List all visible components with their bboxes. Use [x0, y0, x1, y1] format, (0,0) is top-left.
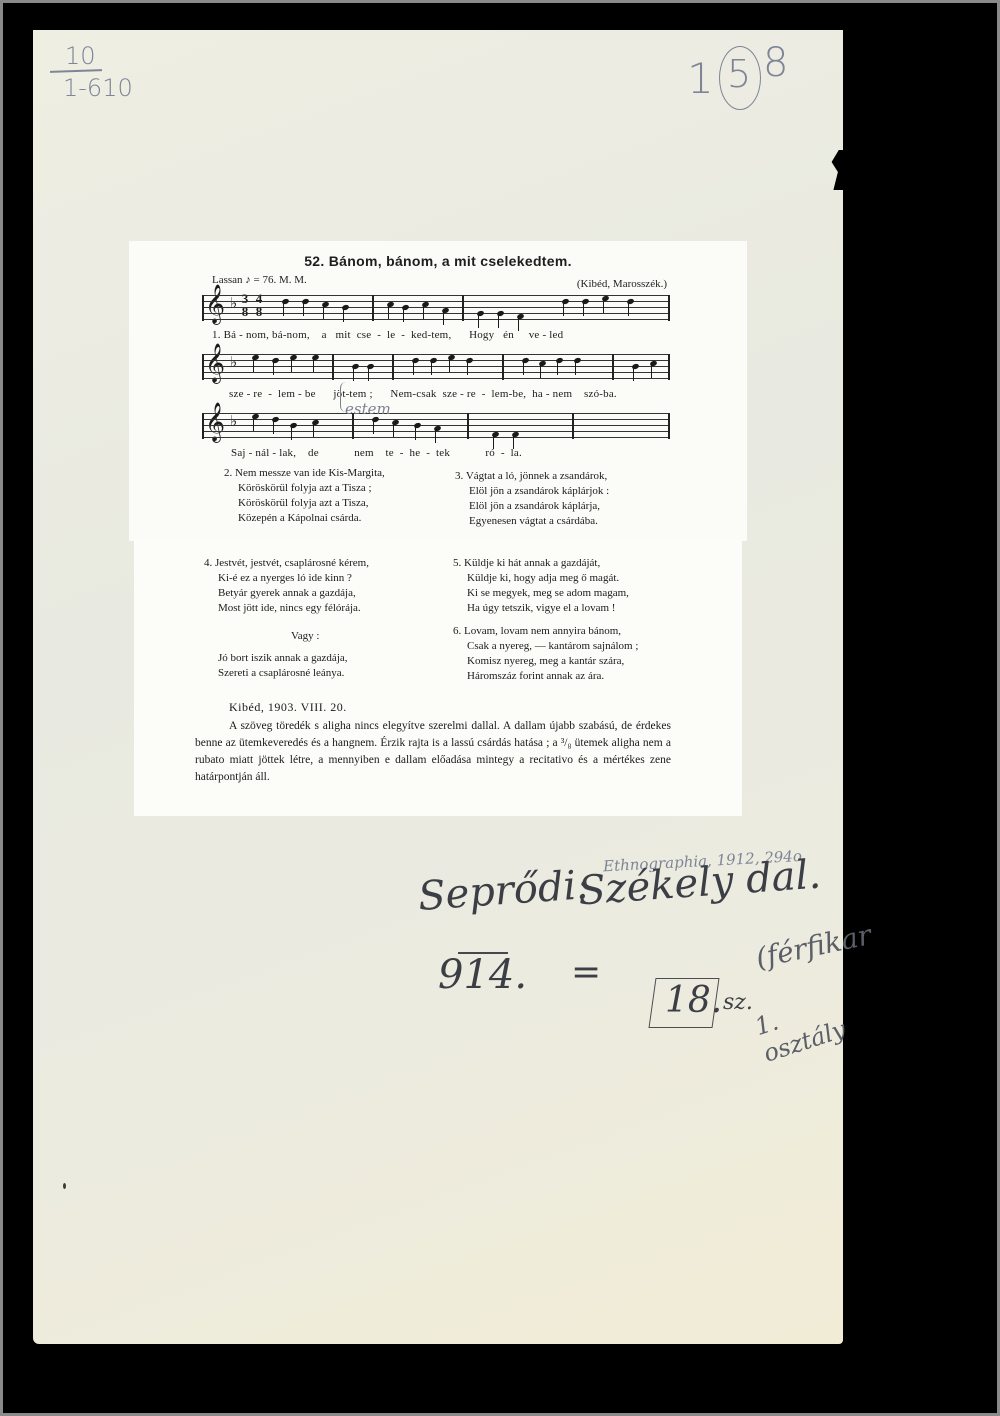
note-stem: [478, 314, 479, 328]
flat-icon: ♭: [230, 353, 237, 371]
flat-icon: ♭: [230, 294, 237, 312]
alternative-verse: Jó bort iszik annak a gazdája, Szereti a…: [218, 651, 348, 681]
barline: [202, 413, 204, 439]
alternative-label: Vagy :: [291, 630, 319, 642]
song-title: 52. Bánom, bánom, a mit cselekedtem.: [129, 253, 747, 269]
barline: [462, 295, 464, 321]
staff-line: [202, 378, 668, 379]
verse-4: 4. Jestvét, jestvét, csaplárosné kérem, …: [204, 556, 369, 616]
ink-side-note-2: 1. osztály: [751, 988, 849, 1068]
note-stem: [651, 364, 652, 378]
note-stem: [273, 361, 274, 375]
note-stem: [353, 367, 354, 381]
commentary-paragraph: A szöveg töredék s aligha nincs elegyítv…: [195, 718, 671, 786]
staff-line: [202, 319, 668, 320]
tempo-marking: Lassan ♪ = 76. M. M.: [212, 274, 307, 286]
pencil-page-prefix: 1: [687, 54, 714, 103]
note-stem: [575, 361, 576, 375]
music-staff-1: 𝄞 ♭ 38 48: [202, 295, 668, 321]
note-stem: [291, 358, 292, 372]
staff-line: [202, 313, 668, 314]
lyrics-line-3: Saj - nál - lak, de nem te - he - tek ró…: [231, 447, 522, 459]
verse-5: 5. Küldje ki hát annak a gazdáját, Küldj…: [453, 556, 629, 616]
treble-clef-icon: 𝄞: [205, 287, 225, 321]
note-stem: [603, 299, 604, 313]
note-stem: [393, 423, 394, 437]
note-stem: [523, 361, 524, 375]
pencil-page-circled: 5: [727, 52, 751, 96]
note-stem: [415, 426, 416, 440]
song-origin: (Kibéd, Marosszék.): [577, 278, 667, 290]
pencil-correction: estem: [345, 400, 391, 418]
ink-number: 914.: [438, 952, 527, 998]
note-stem: [467, 361, 468, 375]
lyrics-line-1: 1. Bá - nom, bá-nom, a mit cse - le - ke…: [212, 329, 563, 341]
lyrics-line-2: sze - re - lem - be jöt-tem ; Nem-csak s…: [229, 388, 617, 400]
note-stem: [423, 305, 424, 319]
barline: [668, 413, 670, 439]
treble-clef-icon: 𝄞: [205, 405, 225, 439]
pencil-folio-numerator: 10: [65, 42, 96, 70]
staff-line: [202, 354, 668, 355]
ink-author: Seprődi:: [417, 862, 592, 920]
ink-equals: =: [571, 952, 601, 993]
note-stem: [253, 358, 254, 372]
note-stem: [413, 361, 414, 375]
flat-icon: ♭: [230, 412, 237, 430]
music-staff-2: 𝄞 ♭: [202, 354, 668, 380]
barline: [668, 354, 670, 380]
staff-line: [202, 295, 668, 296]
note-stem: [313, 358, 314, 372]
note-stem: [403, 308, 404, 322]
note-stem: [498, 314, 499, 328]
verse-6: 6. Lovam, lovam nem annyira bánom, Csak …: [453, 624, 638, 684]
note-stem: [373, 420, 374, 434]
note-stem: [540, 364, 541, 378]
pencil-folio-denominator: 1-610: [63, 74, 133, 102]
staff-line: [202, 301, 668, 302]
clipping-score: 52. Bánom, bánom, a mit cselekedtem. Las…: [129, 241, 747, 541]
barline: [202, 295, 204, 321]
verse-3: 3. Vágtat a ló, jönnek a zsandárok, Elöl…: [455, 469, 609, 529]
note-stem: [323, 305, 324, 319]
note-stem: [443, 311, 444, 325]
barline: [612, 354, 614, 380]
ink-boxed-number: 18.: [665, 980, 722, 1021]
staff-line: [202, 413, 668, 414]
staff-line: [202, 366, 668, 367]
barline: [332, 354, 334, 380]
treble-clef-icon: 𝄞: [205, 346, 225, 380]
note-stem: [303, 302, 304, 316]
note-stem: [449, 358, 450, 372]
staff-line: [202, 307, 668, 308]
verse-2: 2. Nem messze van ide Kis-Margita, Körös…: [224, 466, 385, 526]
barline: [392, 354, 394, 380]
collection-date: Kibéd, 1903. VIII. 20.: [229, 700, 347, 715]
barline: [372, 295, 374, 321]
paper-speck: [63, 1183, 66, 1189]
note-stem: [633, 367, 634, 381]
ink-side-note-1: (férfikar: [753, 918, 874, 975]
note-stem: [388, 305, 389, 319]
note-stem: [431, 361, 432, 375]
music-staff-3: 𝄞 ♭: [202, 413, 668, 439]
note-stem: [583, 302, 584, 316]
note-stem: [368, 367, 369, 381]
note-stem: [283, 302, 284, 316]
note-stem: [563, 302, 564, 316]
ink-suffix: sz.: [723, 990, 753, 1015]
pencil-fraction-line: [50, 69, 102, 73]
note-stem: [313, 423, 314, 437]
barline: [668, 295, 670, 321]
barline: [467, 413, 469, 439]
note-stem: [273, 420, 274, 434]
note-stem: [557, 361, 558, 375]
clipping-text: 4. Jestvét, jestvét, csaplárosné kérem, …: [134, 540, 742, 816]
barline: [502, 354, 504, 380]
note-stem: [628, 302, 629, 316]
barline: [572, 413, 574, 439]
barline: [202, 354, 204, 380]
note-stem: [435, 429, 436, 443]
note-stem: [253, 417, 254, 431]
staff-line: [202, 372, 668, 373]
note-stem: [291, 426, 292, 440]
pencil-page-suffix: 8: [763, 40, 788, 86]
note-stem: [343, 308, 344, 322]
